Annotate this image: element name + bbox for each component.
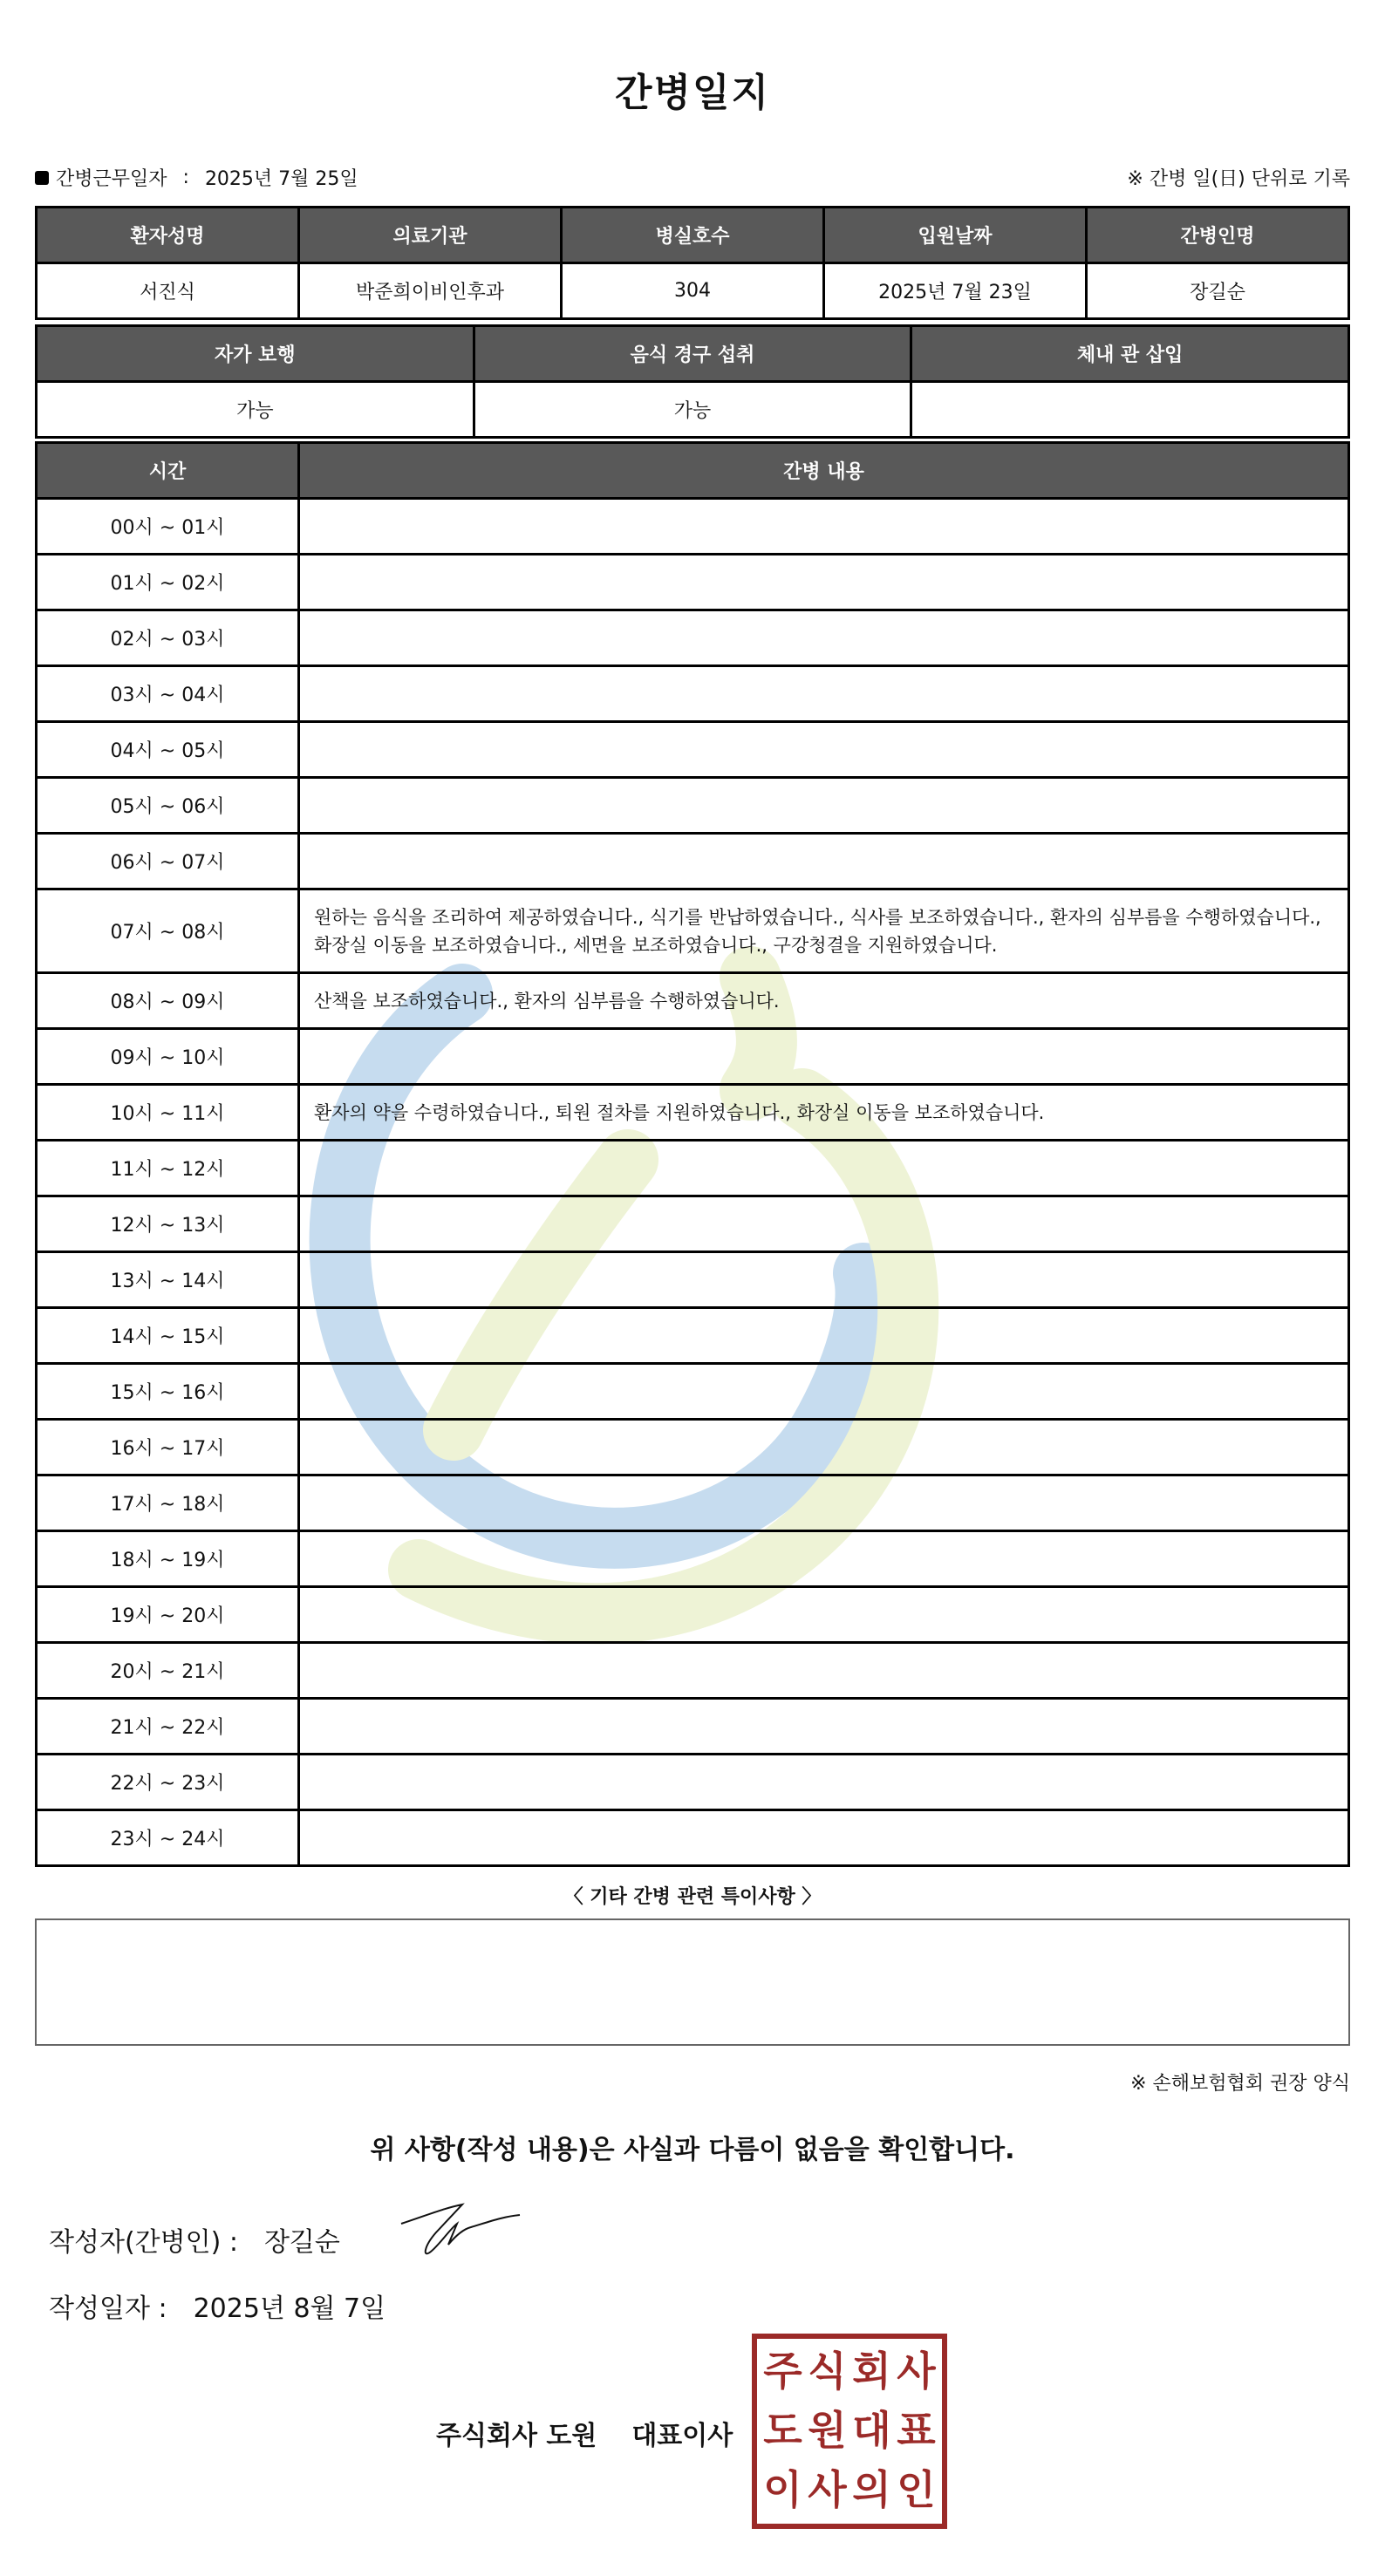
time-slot: 18시 ~ 19시 [37,1531,299,1587]
care-content [299,1810,1349,1866]
table-row: 09시 ~ 10시 [37,1029,1349,1085]
document-title: 간병일지 [0,61,1385,117]
time-slot: 06시 ~ 07시 [37,834,299,889]
table-row: 08시 ~ 09시산책을 보조하였습니다., 환자의 심부름을 수행하였습니다. [37,973,1349,1029]
work-date: 간병근무일자 : 2025년 7월 25일 [35,164,358,191]
patient-info-header-row: 환자성명 의료기관 병실호수 입원날짜 간병인명 [37,208,1349,263]
time-slot: 20시 ~ 21시 [37,1643,299,1699]
seal-char: 표 [894,2402,938,2461]
form-note: ※ 손해보험협회 권장 양식 [1130,2068,1350,2096]
table-row: 04시 ~ 05시 [37,722,1349,778]
header-caregiver-name: 간병인명 [1087,208,1349,263]
signature-icon [392,2189,523,2259]
seal-char: 이 [761,2461,805,2520]
care-content [299,1699,1349,1755]
special-notes-box [35,1918,1350,2046]
time-slot: 04시 ~ 05시 [37,722,299,778]
care-content [299,1531,1349,1587]
work-date-separator: : [183,167,189,188]
writer-line: 작성자(간병인) :장길순 [49,2220,340,2259]
special-notes-title: 〈 기타 간병 관련 특이사항 〉 [0,1882,1385,1909]
header-tube-insertion: 체내 관 삽입 [911,326,1349,382]
time-slot: 11시 ~ 12시 [37,1141,299,1196]
table-row: 20시 ~ 21시 [37,1643,1349,1699]
care-content [299,834,1349,889]
patient-info-value-row: 서진식 박준희이비인후과 304 2025년 7월 23일 장길순 [37,263,1349,319]
time-slot: 05시 ~ 06시 [37,778,299,834]
care-content: 원하는 음식을 조리하여 제공하였습니다., 식기를 반납하였습니다., 식사를… [299,889,1349,973]
table-row: 01시 ~ 02시 [37,555,1349,610]
seal-char: 회 [849,2342,894,2402]
care-content [299,1587,1349,1643]
care-content [299,1308,1349,1364]
table-row: 05시 ~ 06시 [37,778,1349,834]
care-content [299,499,1349,555]
time-slot: 22시 ~ 23시 [37,1755,299,1810]
table-row: 17시 ~ 18시 [37,1475,1349,1531]
time-slot: 09시 ~ 10시 [37,1029,299,1085]
table-row: 12시 ~ 13시 [37,1196,1349,1252]
company-seal-icon: 주식회사도원대표이사의인 [752,2334,947,2529]
table-row: 14시 ~ 15시 [37,1308,1349,1364]
table-row: 07시 ~ 08시원하는 음식을 조리하여 제공하였습니다., 식기를 반납하였… [37,889,1349,973]
time-slot: 15시 ~ 16시 [37,1364,299,1420]
seal-char: 주 [761,2342,805,2402]
care-content [299,666,1349,722]
patient-status-value-row: 가능 가능 [37,382,1349,438]
seal-char: 도 [761,2402,805,2461]
care-log-header-row: 시간 간병 내용 [37,443,1349,499]
patient-name: 서진식 [37,263,299,319]
company-role: 대표이사 [631,2421,733,2451]
care-content [299,1196,1349,1252]
time-slot: 23시 ~ 24시 [37,1810,299,1866]
room-number: 304 [562,263,824,319]
time-slot: 10시 ~ 11시 [37,1085,299,1141]
self-walking: 가능 [37,382,474,438]
seal-char: 인 [894,2461,938,2520]
seal-char: 사 [894,2342,938,2402]
table-row: 00시 ~ 01시 [37,499,1349,555]
table-row: 22시 ~ 23시 [37,1755,1349,1810]
care-content [299,1755,1349,1810]
care-log-table: 시간 간병 내용 00시 ~ 01시01시 ~ 02시02시 ~ 03시03시 … [35,441,1350,1867]
tube-insertion [911,382,1349,438]
time-slot: 07시 ~ 08시 [37,889,299,973]
time-slot: 08시 ~ 09시 [37,973,299,1029]
care-content: 환자의 약을 수령하였습니다., 퇴원 절차를 지원하였습니다., 화장실 이동… [299,1085,1349,1141]
header-room-number: 병실호수 [562,208,824,263]
table-row: 15시 ~ 16시 [37,1364,1349,1420]
time-slot: 13시 ~ 14시 [37,1252,299,1308]
seal-char: 원 [805,2402,849,2461]
care-content [299,1475,1349,1531]
hospital: 박준희이비인후과 [299,263,562,319]
time-slot: 17시 ~ 18시 [37,1475,299,1531]
table-row: 13시 ~ 14시 [37,1252,1349,1308]
written-date-line: 작성일자 :2025년 8월 7일 [49,2286,385,2325]
table-row: 19시 ~ 20시 [37,1587,1349,1643]
header-hospital: 의료기관 [299,208,562,263]
oral-intake: 가능 [474,382,911,438]
table-row: 02시 ~ 03시 [37,610,1349,666]
caregiver-name: 장길순 [1087,263,1349,319]
header-oral-intake: 음식 경구 섭취 [474,326,911,382]
care-content [299,1364,1349,1420]
admission-date: 2025년 7월 23일 [824,263,1087,319]
table-row: 21시 ~ 22시 [37,1699,1349,1755]
header-patient-name: 환자성명 [37,208,299,263]
writer-name: 장길순 [264,2227,340,2258]
time-slot: 12시 ~ 13시 [37,1196,299,1252]
care-content [299,722,1349,778]
care-content [299,1029,1349,1085]
company-line: 주식회사 도원대표이사 [436,2414,733,2452]
written-date-label: 작성일자 : [49,2293,167,2324]
writer-label: 작성자(간병인) : [49,2227,238,2258]
time-slot: 19시 ~ 20시 [37,1587,299,1643]
patient-info-table: 환자성명 의료기관 병실호수 입원날짜 간병인명 서진식 박준희이비인후과 30… [35,206,1350,320]
time-slot: 16시 ~ 17시 [37,1420,299,1475]
table-row: 03시 ~ 04시 [37,666,1349,722]
patient-status-header-row: 자가 보행 음식 경구 섭취 체내 관 삽입 [37,326,1349,382]
record-note: ※ 간병 일(日) 단위로 기록 [1127,164,1350,191]
patient-status-table: 자가 보행 음식 경구 섭취 체내 관 삽입 가능 가능 [35,324,1350,439]
company-name: 주식회사 도원 [436,2421,597,2451]
care-content: 산책을 보조하였습니다., 환자의 심부름을 수행하였습니다. [299,973,1349,1029]
time-slot: 02시 ~ 03시 [37,610,299,666]
seal-char: 사 [805,2461,849,2520]
header-care-content: 간병 내용 [299,443,1349,499]
table-row: 10시 ~ 11시환자의 약을 수령하였습니다., 퇴원 절차를 지원하였습니다… [37,1085,1349,1141]
time-slot: 21시 ~ 22시 [37,1699,299,1755]
work-date-label: 간병근무일자 [56,164,167,191]
table-row: 11시 ~ 12시 [37,1141,1349,1196]
header-time: 시간 [37,443,299,499]
care-content [299,778,1349,834]
confirmation-statement: 위 사항(작성 내용)은 사실과 다름이 없음을 확인합니다. [0,2128,1385,2166]
header-self-walking: 자가 보행 [37,326,474,382]
care-content [299,1643,1349,1699]
table-row: 16시 ~ 17시 [37,1420,1349,1475]
table-row: 06시 ~ 07시 [37,834,1349,889]
time-slot: 03시 ~ 04시 [37,666,299,722]
seal-char: 식 [805,2342,849,2402]
care-content [299,1141,1349,1196]
care-content [299,610,1349,666]
care-content [299,1252,1349,1308]
written-date-value: 2025년 8월 7일 [194,2293,386,2324]
table-row: 23시 ~ 24시 [37,1810,1349,1866]
bullet-square-icon [35,171,49,185]
header-admission-date: 입원날짜 [824,208,1087,263]
seal-char: 의 [849,2461,894,2520]
care-content [299,555,1349,610]
seal-char: 대 [849,2402,894,2461]
table-row: 18시 ~ 19시 [37,1531,1349,1587]
care-content [299,1420,1349,1475]
time-slot: 14시 ~ 15시 [37,1308,299,1364]
time-slot: 00시 ~ 01시 [37,499,299,555]
time-slot: 01시 ~ 02시 [37,555,299,610]
work-date-value: 2025년 7월 25일 [205,164,358,191]
